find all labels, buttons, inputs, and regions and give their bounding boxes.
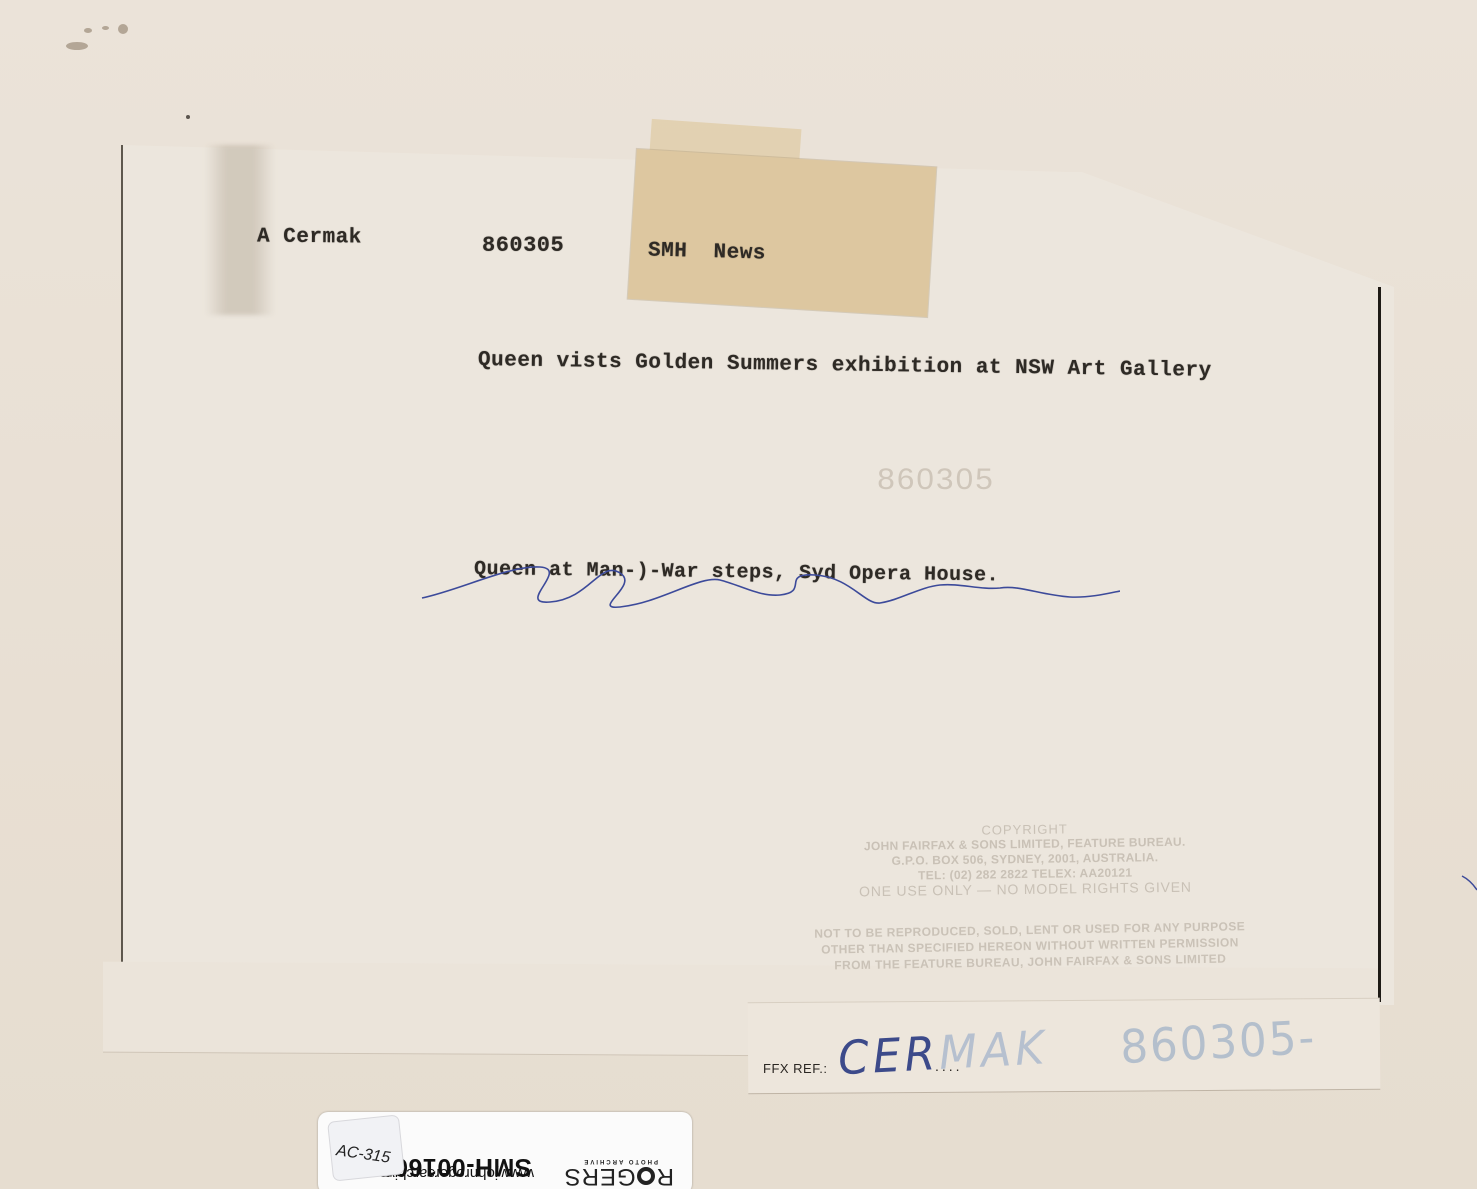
- logo-letters: GERS: [564, 1163, 636, 1189]
- ffx-ref-label: FFX REF.:: [763, 1061, 827, 1076]
- rogers-logo: RGERS: [564, 1164, 674, 1188]
- sheet-edge-right: [1378, 287, 1381, 1002]
- pen-mark: [1440, 870, 1477, 910]
- handwritten-name-pen: CER: [837, 1027, 941, 1086]
- aperture-icon: [637, 1167, 655, 1185]
- dust-speck: [84, 28, 92, 33]
- handwritten-date-code: 860305-: [1119, 1010, 1317, 1074]
- logo-subtitle: PHOTO ARCHIVE: [582, 1158, 658, 1164]
- logo-letter-r: R: [656, 1163, 674, 1189]
- photographer-name: A Cermak: [257, 225, 362, 249]
- dust-speck: [102, 26, 109, 30]
- date-code: 860305: [482, 233, 564, 258]
- sheet-edge-left: [121, 145, 123, 965]
- pen-strikethrough-squiggle: [420, 555, 1120, 625]
- ghost-date-stamp: 860305: [877, 463, 995, 497]
- ffx-ref-dots: ....: [935, 1058, 963, 1074]
- dust-speck: [66, 42, 88, 50]
- publication-section: SMH News: [648, 239, 766, 265]
- copyright-stamp: COPYRIGHT JOHN FAIRFAX & SONS LIMITED, F…: [789, 819, 1260, 901]
- reproduction-notice: NOT TO BE REPRODUCED, SOLD, LENT OR USED…: [795, 918, 1266, 974]
- adhesive-tape: [628, 149, 937, 317]
- dust-speck: [118, 24, 128, 34]
- dust-speck: [186, 115, 190, 119]
- handwritten-photographer: CERMAK: [837, 1021, 1050, 1085]
